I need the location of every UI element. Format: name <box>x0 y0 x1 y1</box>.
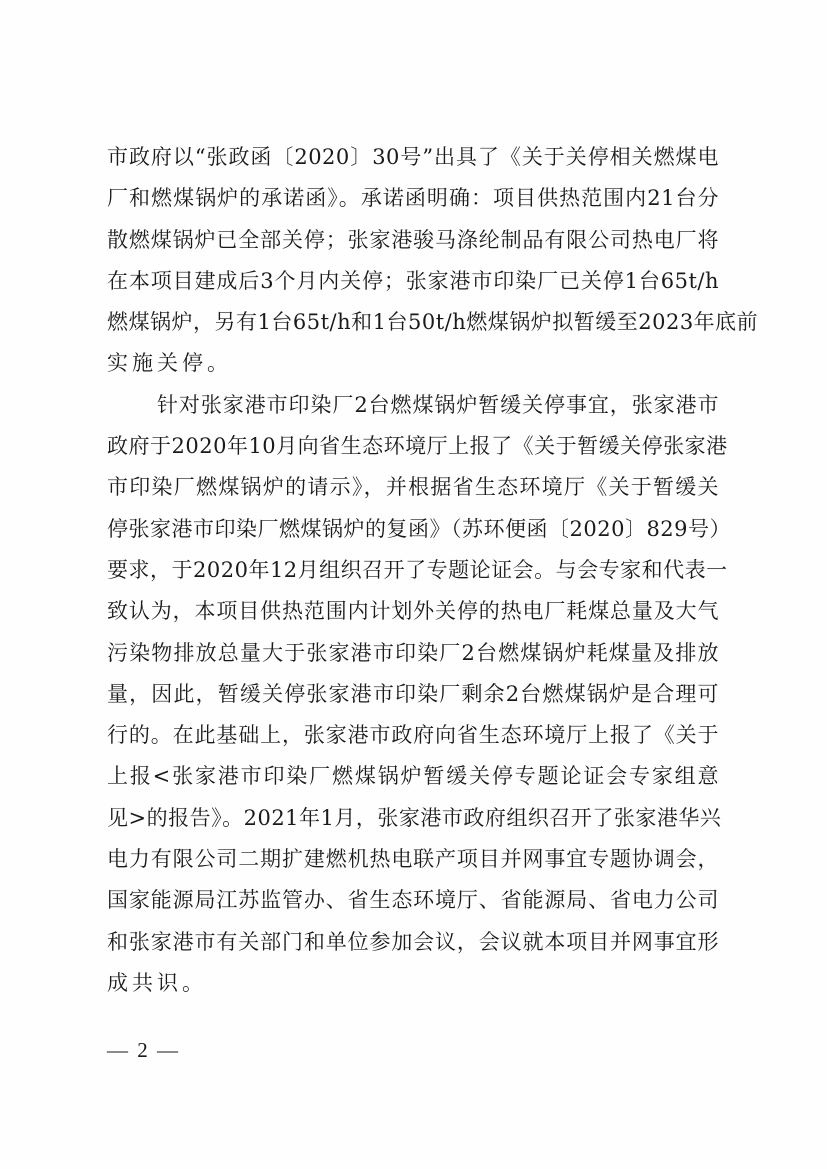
text-line: 国家能源局江苏监管办、省生态环境厅、省能源局、省电力公司 <box>107 880 719 921</box>
text-line: 和张家港市有关部门和单位参加会议，会议就本项目并网事宜形 <box>107 922 719 963</box>
text-line: 市政府以“张政函〔2020〕30号”出具了《关于关停相关燃煤电 <box>107 137 719 178</box>
text-line: 散燃煤锅炉已全部关停；张家港骏马涤纶制品有限公司热电厂将 <box>107 220 719 261</box>
paragraph-1: 市政府以“张政函〔2020〕30号”出具了《关于关停相关燃煤电 厂和燃煤锅炉的承… <box>107 137 719 385</box>
text-line: 电力有限公司二期扩建燃机热电联产项目并网事宜专题协调会， <box>107 839 719 880</box>
text-line: 成共识。 <box>107 963 719 1004</box>
text-line: 厂和燃煤锅炉的承诺函》。承诺函明确：项目供热范围内21台分 <box>107 178 719 219</box>
document-page: 市政府以“张政函〔2020〕30号”出具了《关于关停相关燃煤电 厂和燃煤锅炉的承… <box>0 0 827 1169</box>
text-line: 要求，于2020年12月组织召开了专题论证会。与会专家和代表一 <box>107 550 719 591</box>
text-line: 实施关停。 <box>107 343 719 384</box>
text-line: 上报<张家港市印染厂燃煤锅炉暂缓关停专题论证会专家组意 <box>107 756 719 797</box>
body-text: 市政府以“张政函〔2020〕30号”出具了《关于关停相关燃煤电 厂和燃煤锅炉的承… <box>107 137 719 1004</box>
text-line: 市印染厂燃煤锅炉的请示》，并根据省生态环境厅《关于暂缓关 <box>107 467 719 508</box>
text-line: 致认为，本项目供热范围内计划外关停的热电厂耗煤总量及大气 <box>107 591 719 632</box>
text-line: 政府于2020年10月向省生态环境厅上报了《关于暂缓关停张家港 <box>107 426 719 467</box>
paragraph-2: 针对张家港市印染厂2台燃煤锅炉暂缓关停事宜，张家港市 政府于2020年10月向省… <box>107 385 719 1004</box>
text-line: 停张家港市印染厂燃煤锅炉的复函》（苏环便函〔2020〕829号） <box>107 509 719 550</box>
text-line: 污染物排放总量大于张家港市印染厂2台燃煤锅炉耗煤量及排放 <box>107 633 719 674</box>
text-line: 量，因此，暂缓关停张家港市印染厂剩余2台燃煤锅炉是合理可 <box>107 674 719 715</box>
page-number: — 2 — <box>107 1036 180 1064</box>
text-line: 在本项目建成后3个月内关停；张家港市印染厂已关停1台65t/h <box>107 261 719 302</box>
text-line: 燃煤锅炉，另有1台65t/h和1台50t/h燃煤锅炉拟暂缓至2023年底前 <box>107 302 719 343</box>
text-line: 行的。在此基础上，张家港市政府向省生态环境厅上报了《关于 <box>107 715 719 756</box>
text-line: 针对张家港市印染厂2台燃煤锅炉暂缓关停事宜，张家港市 <box>107 385 719 426</box>
text-line: 见>的报告》。2021年1月，张家港市政府组织召开了张家港华兴 <box>107 798 719 839</box>
